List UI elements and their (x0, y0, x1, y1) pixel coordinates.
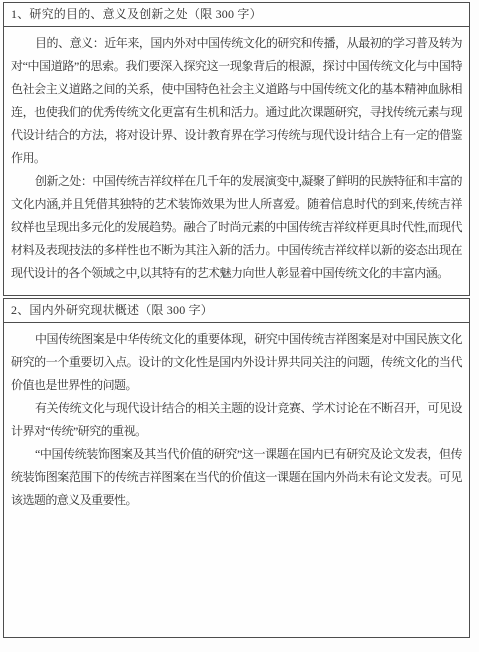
status-overview-paragraph: 中国传统图案是中华传统文化的重要体现，研究中国传统吉祥图案是对中国民族文化研究的… (11, 328, 462, 397)
design-competition-paragraph: 有关传统文化与现代设计结合的相关主题的设计竞赛、学术讨论在不断召开，可见设计界对… (11, 397, 462, 443)
innovation-paragraph: 创新之处：中国传统吉祥纹样在几千年的发展演变中,凝聚了鲜明的民族特征和丰富的文化… (11, 170, 462, 285)
form-document: 1、研究的目的、意义及创新之处（限 300 字） 目的、意义：近年来，国内外对中… (3, 2, 470, 638)
section-research-status: 2、国内外研究现状概述（限 300 字） 中国传统图案是中华传统文化的重要体现，… (3, 298, 470, 638)
section-2-content: 中国传统图案是中华传统文化的重要体现，研究中国传统吉祥图案是对中国民族文化研究的… (4, 323, 469, 637)
topic-significance-paragraph: “中国传统装饰图案及其当代价值的研究”这一课题在国内已有研究及论文发表，但传统装… (11, 443, 462, 512)
section-1-title: 1、研究的目的、意义及创新之处（限 300 字） (4, 3, 469, 27)
section-1-content: 目的、意义：近年来，国内外对中国传统文化的研究和传播，从最初的学习普及转为对“中… (4, 27, 469, 295)
section-2-title: 2、国内外研究现状概述（限 300 字） (4, 299, 469, 323)
purpose-significance-paragraph: 目的、意义：近年来，国内外对中国传统文化的研究和传播，从最初的学习普及转为对“中… (11, 32, 462, 170)
section-research-purpose: 1、研究的目的、意义及创新之处（限 300 字） 目的、意义：近年来，国内外对中… (3, 2, 470, 296)
